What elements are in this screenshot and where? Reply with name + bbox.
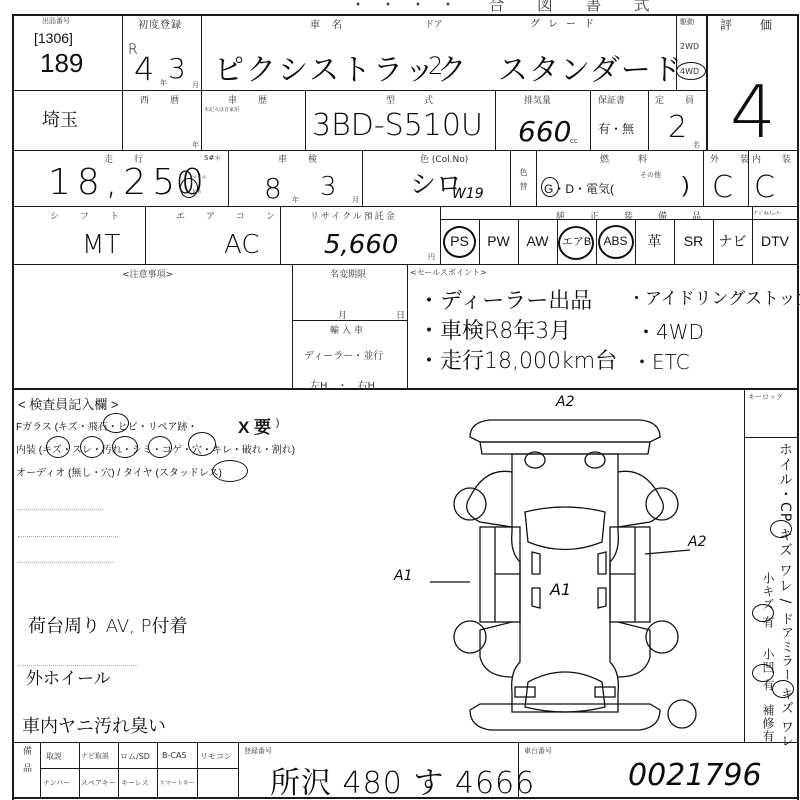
western-year-label: 西 暦	[140, 93, 185, 106]
col-divider	[305, 90, 306, 150]
chassis-number: 0021796	[628, 758, 762, 793]
dotted-guide	[18, 562, 113, 563]
sheet-title-partial: ・・・・ 合 図 書 式	[350, 0, 664, 15]
import-handle: 左H ・ 右H	[310, 377, 375, 392]
inspector-note-2: 外ホイール	[26, 664, 111, 689]
inspection-year-unit: 年	[292, 195, 299, 205]
year-unit: 年	[160, 78, 167, 88]
col-divider	[590, 90, 591, 150]
sales-point-label: <セールスポイント>	[410, 267, 487, 278]
circle-abs	[598, 225, 634, 259]
lot-label: 出品番号	[42, 16, 70, 26]
fuel-gasoline-circle	[541, 177, 559, 197]
drive-label: 駆動	[680, 17, 694, 27]
col-divider	[510, 150, 511, 206]
interior-label: 内 装	[752, 152, 797, 165]
transfer-month: 月	[338, 308, 347, 321]
audio-tire-line: オーディオ (無し・穴) / タイヤ (スタッドレス)	[16, 464, 222, 479]
circle-airbag	[558, 226, 594, 260]
car-name-label: 車 名	[310, 16, 343, 31]
first-reg-year: 4	[134, 50, 154, 88]
tv-tuner-label: ﾃﾞｼﾞﾀﾙﾁｭｰﾅｰ	[754, 210, 782, 217]
circle-wheel-scratch	[770, 520, 792, 538]
inspector-note-3: 車内ヤニ汚れ臭い	[22, 712, 166, 738]
circle-rub	[80, 436, 104, 458]
col-divider	[197, 742, 198, 798]
exterior-label: 外 装	[710, 152, 755, 165]
first-reg-label: 初度登録	[138, 16, 182, 31]
circle-chip	[103, 413, 129, 433]
glass-close-paren: )	[276, 418, 279, 429]
circle-dirt	[112, 436, 138, 458]
row-divider	[12, 742, 798, 743]
col-divider	[706, 14, 708, 150]
frame-left	[12, 14, 14, 800]
damage-mark-roof: A1	[550, 580, 571, 599]
row-divider	[12, 206, 798, 207]
drive-selected-circle	[676, 62, 706, 80]
aircon: AC	[224, 230, 259, 260]
row-divider	[12, 264, 798, 265]
circle-ps	[443, 226, 476, 258]
acc-smart-key: スマートキー	[159, 778, 195, 787]
score: 4	[730, 70, 776, 154]
damage-mark-left: A1	[394, 568, 412, 584]
sales-point-2: ・アイドリングストップ	[628, 284, 800, 309]
circle-scratch	[46, 436, 70, 458]
interior-grade: C	[754, 170, 775, 205]
lot-number: 189	[40, 48, 83, 79]
equipment-leather: 革	[635, 219, 674, 263]
year-suffix: 年	[192, 140, 199, 150]
dotted-guide	[18, 509, 103, 510]
door-label: ドア	[425, 17, 443, 30]
row-divider	[292, 320, 407, 321]
circle-burn	[188, 432, 216, 456]
month-unit: 月	[192, 80, 199, 90]
import-dealer: ディーラー・並行	[304, 347, 383, 362]
color-code: W19	[452, 186, 484, 202]
acc-remote: リモコン	[200, 751, 232, 762]
exterior-grade: C	[712, 170, 733, 205]
dotted-guide	[18, 536, 118, 537]
car-condition-diagram	[430, 392, 740, 737]
capacity-label: 定 員	[655, 93, 700, 106]
capacity-unit: 名	[693, 140, 700, 150]
col-divider	[648, 90, 649, 150]
col-divider	[238, 742, 239, 798]
circle-studless	[212, 460, 248, 482]
frame-right	[797, 14, 799, 800]
aircon-label: エ ア コ ン	[176, 209, 281, 222]
circle-small-dent	[752, 664, 774, 682]
frame-top	[12, 14, 798, 16]
circle-stain	[148, 436, 172, 458]
col-divider	[122, 14, 123, 150]
model-label: 型 式	[386, 93, 443, 106]
inspection-month-unit: 月	[352, 195, 359, 205]
sales-point-3: ・車検R8年3月	[418, 314, 571, 345]
col-divider	[118, 742, 119, 798]
accessories-label: 備品	[20, 746, 33, 780]
fuel-label: 燃 料	[600, 152, 657, 165]
history-note: 未記入は自家用	[204, 106, 239, 113]
col-divider	[40, 742, 41, 798]
acc-plate: ナンバー	[43, 778, 70, 788]
inspection-month: 3	[320, 172, 337, 202]
inspector-note-1: 荷台周り AV, P付着	[28, 612, 188, 638]
shift: MT	[82, 230, 120, 260]
history-label: 車 歴	[228, 93, 273, 106]
acc-bcas: B-CAS	[162, 751, 187, 760]
circle-small-scratch	[752, 604, 774, 622]
col-divider	[201, 14, 202, 150]
chassis-label: 車台番号	[524, 746, 552, 756]
col-divider	[536, 150, 537, 206]
recycle-unit: 円	[428, 252, 435, 262]
col-divider	[157, 742, 158, 798]
repair-note: 補修有	[760, 704, 777, 743]
acc-navi-manual: ナビ取説	[81, 751, 109, 761]
shift-label: シ フ ト	[50, 209, 125, 222]
sales-point-6: ・ETC	[632, 346, 690, 375]
col-divider	[228, 150, 229, 206]
recycle-fee: 5,660	[324, 230, 398, 260]
row-divider	[744, 437, 798, 438]
col-divider	[744, 389, 745, 742]
col-divider	[79, 742, 80, 798]
sales-point-5: ・走行18,000km台	[418, 344, 617, 375]
inspector-title: < 検査員記入欄 >	[18, 394, 118, 413]
row-divider	[12, 388, 798, 390]
transfer-deadline-label: 名変期限	[330, 267, 366, 280]
acc-rom-sd: ロム/SD	[120, 751, 150, 762]
acc-spare-key: スペアキー	[81, 778, 116, 788]
row-divider	[12, 150, 798, 151]
color-change-label: 色替	[518, 168, 529, 196]
region: 埼玉	[42, 106, 78, 132]
inspection-year: 8	[264, 172, 282, 205]
glass-required: X 要	[238, 413, 271, 438]
sales-point-4: ・4WD	[636, 316, 704, 345]
warranty-label: 保証書	[598, 93, 625, 106]
km-selected-circle	[180, 178, 198, 198]
sales-point-1: ・ディーラー出品	[418, 284, 592, 315]
fuel-other-label: その他	[640, 170, 661, 180]
row-divider	[12, 90, 706, 91]
plate-label: 登録番号	[244, 746, 272, 756]
col-divider	[495, 90, 496, 150]
equipment-navi: ナビ	[713, 219, 752, 263]
first-reg-month: 3	[168, 52, 186, 85]
displacement: 660	[518, 115, 571, 148]
equipment-aw: AW	[518, 219, 557, 263]
recycle-label: リサイクル預託金	[310, 209, 397, 222]
door-count: 2	[428, 52, 443, 80]
keylock-label: キーロック	[748, 392, 783, 402]
col-divider	[407, 264, 408, 388]
score-label: 評 価 点	[720, 16, 800, 33]
inspection-label: 車 検	[278, 152, 323, 165]
warranty-options: 有・無	[598, 120, 634, 137]
grade-label: グレード	[530, 15, 602, 30]
lot-code: [1306]	[34, 30, 73, 46]
fuel-close-paren: )	[682, 172, 689, 198]
damage-mark-rear: A2	[556, 394, 574, 410]
col-divider	[292, 264, 293, 388]
drive-option-2wd: 2WD	[680, 42, 699, 51]
acc-manual: 取説	[46, 751, 62, 762]
displacement-unit: cc	[570, 137, 578, 145]
row-divider	[40, 768, 238, 769]
equipment-pw: PW	[479, 219, 518, 263]
displacement-label: 排気量	[524, 93, 551, 106]
equipment-sunroof: SR	[674, 219, 713, 263]
transfer-day: 日	[396, 308, 405, 321]
capacity: 2	[668, 110, 687, 145]
plate-number: 所沢 480 す 4666	[270, 758, 535, 800]
grade: スタンダード	[498, 45, 683, 89]
circle-mirror-scratch	[772, 680, 794, 698]
col-divider	[703, 150, 704, 206]
equipment-dtv: DTV	[752, 219, 798, 263]
import-label: 輸入車	[330, 323, 366, 336]
caution-label: <注意事項>	[122, 267, 173, 280]
col-divider	[362, 150, 363, 206]
damage-mark-right: A2	[688, 534, 706, 550]
model-code: 3BD-S510U	[312, 108, 483, 143]
acc-keyless: キーレス	[121, 778, 149, 788]
col-divider	[145, 206, 146, 264]
